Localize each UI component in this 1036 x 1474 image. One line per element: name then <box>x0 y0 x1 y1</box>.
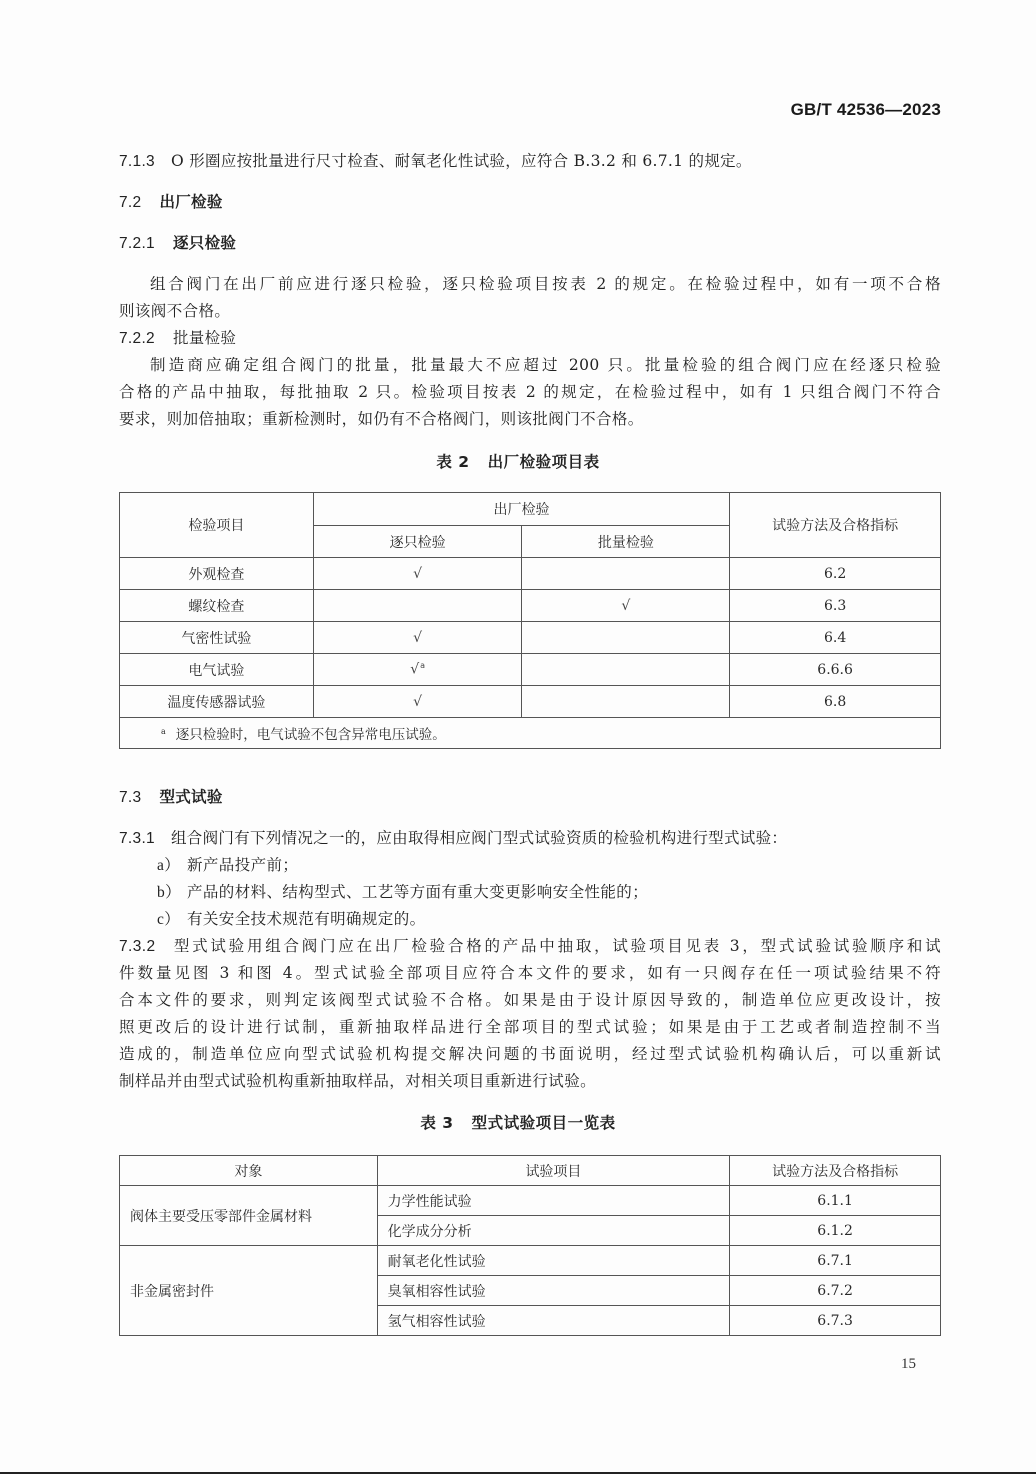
clause-text: 型式试验用组合阀门应在出厂检验合格的产品中抽取，试验项目见表 3，型式试验试验顺… <box>171 937 941 955</box>
standard-number: GB/T 42536—2023 <box>791 100 941 120</box>
section-heading-7-2-1: 7.2.1逐只检验 <box>119 230 236 257</box>
table-2: 检验项目 出厂检验 试验方法及合格指标 逐只检验 批量检验 外观检查 √ 6.2… <box>119 492 941 749</box>
table-footnote-row: a逐只检验时，电气试验不包含异常电压试验。 <box>120 718 941 749</box>
paragraph-7-2-1-line1: 组合阀门在出厂前应进行逐只检验，逐只检验项目按表 2 的规定。在检验过程中，如有… <box>119 271 941 298</box>
cell-item: 氢气相容性试验 <box>377 1306 730 1336</box>
cell-item: 力学性能试验 <box>377 1186 730 1216</box>
clause-text: 组合阀门有下列情况之一的，应由取得相应阀门型式试验资质的检验机构进行型式试验： <box>171 829 787 847</box>
list-marker: b） <box>157 879 187 906</box>
cell-item: 螺纹检查 <box>120 590 314 622</box>
clause-7-3-2-line1: 7.3.2型式试验用组合阀门应在出厂检验合格的产品中抽取，试验项目见表 3，型式… <box>119 933 941 960</box>
header-batch: 批量检验 <box>522 526 730 558</box>
header-method: 试验方法及合格指标 <box>730 493 941 558</box>
table-row: 非金属密封件 耐氧老化性试验 6.7.1 <box>120 1246 941 1276</box>
cell-item: 外观检查 <box>120 558 314 590</box>
cell-method: 6.1.2 <box>730 1216 941 1246</box>
cell-method: 6.7.2 <box>730 1276 941 1306</box>
table-footnote: a逐只检验时，电气试验不包含异常电压试验。 <box>120 718 941 749</box>
section-title: 出厂检验 <box>159 193 222 211</box>
table-row: 外观检查 √ 6.2 <box>120 558 941 590</box>
paragraph-7-2-1-line2: 则该阀不合格。 <box>119 298 941 325</box>
table-number: 表 3 <box>420 1114 453 1132</box>
section-number: 7.2.2 <box>119 325 155 352</box>
cell-item: 气密性试验 <box>120 622 314 654</box>
section-number: 7.2 <box>119 189 141 216</box>
table-header-row: 检验项目 出厂检验 试验方法及合格指标 <box>120 493 941 526</box>
list-text: 新产品投产前； <box>187 856 298 874</box>
cell-item: 温度传感器试验 <box>120 686 314 718</box>
cell-object: 阀体主要受压零部件金属材料 <box>120 1186 378 1246</box>
section-number: 7.3 <box>119 784 141 811</box>
cell-item: 耐氧老化性试验 <box>377 1246 730 1276</box>
cell-individual: √ <box>313 622 522 654</box>
cell-method: 6.4 <box>730 622 941 654</box>
cell-batch: √ <box>522 590 730 622</box>
page-number: 15 <box>901 1356 916 1373</box>
cell-batch <box>522 558 730 590</box>
table-title: 出厂检验项目表 <box>488 453 600 471</box>
section-heading-7-2-2: 7.2.2批量检验 <box>119 325 236 352</box>
cell-item: 化学成分分析 <box>377 1216 730 1246</box>
cell-individual: √a <box>313 654 522 686</box>
header-object: 对象 <box>120 1156 378 1186</box>
paragraph-7-2-2-line3: 要求，则加倍抽取；重新检测时，如仍有不合格阀门，则该批阀门不合格。 <box>119 406 941 433</box>
header-group: 出厂检验 <box>313 493 729 526</box>
paragraph-7-2-2-line1: 制造商应确定组合阀门的批量，批量最大不应超过 200 只。批量检验的组合阀门应在… <box>119 352 941 379</box>
section-heading-7-3: 7.3型式试验 <box>119 784 223 811</box>
section-title: 型式试验 <box>159 788 222 806</box>
list-text: 产品的材料、结构型式、工艺等方面有重大变更影响安全性能的； <box>187 883 648 901</box>
list-item-a: a）新产品投产前； <box>157 852 298 879</box>
table-2-caption: 表 2出厂检验项目表 <box>0 450 1036 472</box>
clause-7-3-2-line3: 合本文件的要求，则判定该阀型式试验不合格。如果是由于设计原因导致的，制造单位应更… <box>119 987 941 1014</box>
list-marker: c） <box>157 906 187 933</box>
clause-7-3-2-line6: 制样品并由型式试验机构重新抽取样品，对相关项目重新进行试验。 <box>119 1068 941 1095</box>
header-individual: 逐只检验 <box>313 526 522 558</box>
table-header-row: 对象 试验项目 试验方法及合格指标 <box>120 1156 941 1186</box>
clause-7-3-1: 7.3.1组合阀门有下列情况之一的，应由取得相应阀门型式试验资质的检验机构进行型… <box>119 825 787 852</box>
cell-method: 6.2 <box>730 558 941 590</box>
clause-number: 7.3.2 <box>119 933 155 960</box>
list-text: 有关安全技术规范有明确规定的。 <box>187 910 426 928</box>
cell-individual: √ <box>313 558 522 590</box>
clause-number: 7.3.1 <box>119 825 155 852</box>
clause-7-3-2-line4: 照更改后的设计进行试制，重新抽取样品进行全部项目的型式试验；如果是由于工艺或者制… <box>119 1014 941 1041</box>
paragraph-7-2-2-line2: 合格的产品中抽取，每批抽取 2 只。检验项目按表 2 的规定，在检验过程中，如有… <box>119 379 941 406</box>
list-item-b: b）产品的材料、结构型式、工艺等方面有重大变更影响安全性能的； <box>157 879 648 906</box>
cell-method: 6.8 <box>730 686 941 718</box>
cell-batch <box>522 686 730 718</box>
footnote-marker: a <box>161 727 166 736</box>
cell-individual: √ <box>313 686 522 718</box>
table-row: 螺纹检查 √ 6.3 <box>120 590 941 622</box>
footnote-text: 逐只检验时，电气试验不包含异常电压试验。 <box>176 727 446 743</box>
footnote-ref: a <box>420 661 425 670</box>
list-marker: a） <box>157 852 187 879</box>
section-title: 批量检验 <box>173 329 236 347</box>
table-row: 阀体主要受压零部件金属材料 力学性能试验 6.1.1 <box>120 1186 941 1216</box>
cell-batch <box>522 622 730 654</box>
cell-method: 6.7.3 <box>730 1306 941 1336</box>
header-item: 试验项目 <box>377 1156 730 1186</box>
clause-number: 7.1.3 <box>119 148 155 175</box>
table-title: 型式试验项目一览表 <box>472 1114 616 1132</box>
cell-method: 6.1.1 <box>730 1186 941 1216</box>
table-row: 温度传感器试验 √ 6.8 <box>120 686 941 718</box>
header-item: 检验项目 <box>120 493 314 558</box>
cell-method: 6.6.6 <box>730 654 941 686</box>
header-method: 试验方法及合格指标 <box>730 1156 941 1186</box>
table-row: 电气试验 √a 6.6.6 <box>120 654 941 686</box>
section-number: 7.2.1 <box>119 230 155 257</box>
cell-method: 6.7.1 <box>730 1246 941 1276</box>
cell-object: 非金属密封件 <box>120 1246 378 1336</box>
table-number: 表 2 <box>436 453 469 471</box>
cell-item: 电气试验 <box>120 654 314 686</box>
clause-text: O 形圈应按批量进行尺寸检查、耐氧老化性试验，应符合 B.3.2 和 6.7.1… <box>171 152 752 170</box>
cell-batch <box>522 654 730 686</box>
section-heading-7-2: 7.2出厂检验 <box>119 189 223 216</box>
cell-item: 臭氧相容性试验 <box>377 1276 730 1306</box>
clause-7-1-3: 7.1.3O 形圈应按批量进行尺寸检查、耐氧老化性试验，应符合 B.3.2 和 … <box>119 148 752 175</box>
check-mark: √ <box>410 662 419 678</box>
cell-method: 6.3 <box>730 590 941 622</box>
list-item-c: c）有关安全技术规范有明确规定的。 <box>157 906 426 933</box>
clause-7-3-2-line5: 造成的，制造单位应向型式试验机构提交解决问题的书面说明，经过型式试验机构确认后，… <box>119 1041 941 1068</box>
table-3-caption: 表 3型式试验项目一览表 <box>0 1111 1036 1133</box>
cell-individual <box>313 590 522 622</box>
table-row: 气密性试验 √ 6.4 <box>120 622 941 654</box>
table-3: 对象 试验项目 试验方法及合格指标 阀体主要受压零部件金属材料 力学性能试验 6… <box>119 1155 941 1336</box>
clause-7-3-2-line2: 件数量见图 3 和图 4。型式试验全部项目应符合本文件的要求，如有一只阀存在任一… <box>119 960 941 987</box>
section-title: 逐只检验 <box>173 234 236 252</box>
